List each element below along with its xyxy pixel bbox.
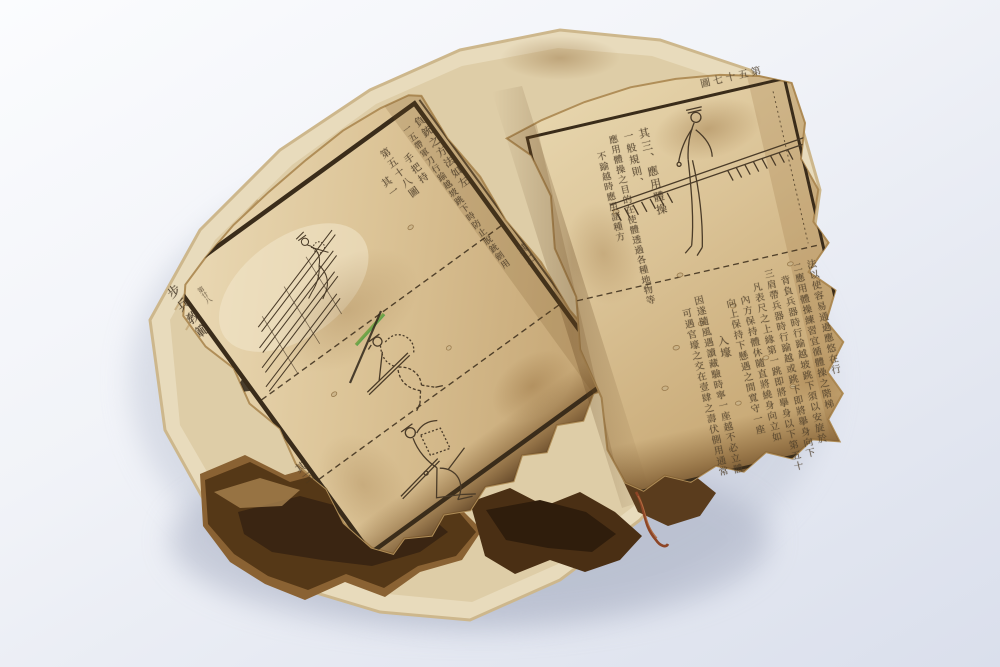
photo-stage: 步兵敎範 第廿八 負銃之方法如左 一五帶軍刀行踰越坡跳下時防止脫銃劍用 手把持 … <box>0 0 1000 667</box>
book-artwork <box>0 0 1000 667</box>
